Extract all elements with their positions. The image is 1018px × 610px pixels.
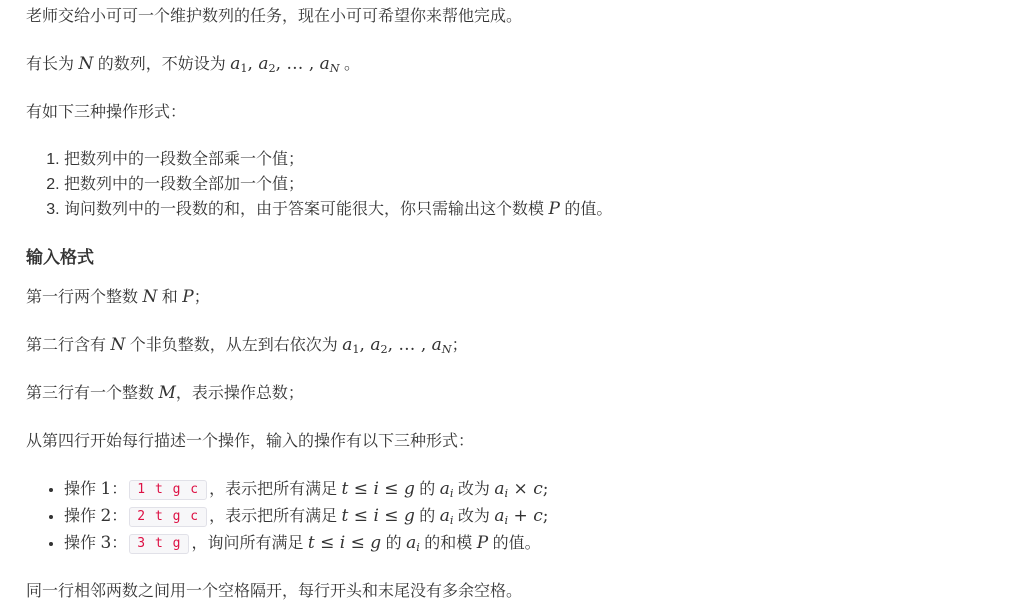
text-run: 第二行含有 (26, 337, 110, 354)
text-run: 的 (381, 535, 406, 552)
text-run: 有长为 (26, 56, 78, 73)
text-run: ； (194, 289, 210, 306)
math-subscripted-variable: ai (440, 506, 454, 526)
text-run: ： (111, 481, 127, 498)
section-heading-input-format: 输入格式 (26, 245, 992, 271)
math-variable: g (370, 533, 381, 553)
paragraph-footer-note: 同一行相邻两数之间用一个空格隔开，每行开头和末尾没有多余空格。 (26, 579, 992, 604)
math-symbol: 1 (100, 479, 111, 499)
math-symbol: ; (543, 506, 549, 526)
text-run: 操作 (64, 508, 100, 525)
text-run: 的数列，不妨设为 (93, 56, 230, 73)
inline-code: 1 t g c (129, 480, 207, 500)
paragraph-sequence-definition: 有长为 N 的数列，不妨设为 a1, a2, … , aN 。 (26, 52, 992, 77)
text-run: ： (111, 508, 127, 525)
text-run: 询问数列中的一段数的和，由于答案可能很大，你只需输出这个数模 (64, 201, 548, 218)
math-symbol: ≤ (379, 506, 404, 526)
operation-format-list: 操作 1：1 t g c，表示把所有满足 t ≤ i ≤ g 的 ai 改为 a… (26, 477, 992, 556)
math-variable: P (477, 533, 488, 553)
text-run: ： (111, 535, 127, 552)
inline-code: 3 t g (129, 534, 189, 554)
math-subscripted-variable: ai (494, 506, 508, 526)
math-symbol: ≤ (315, 533, 340, 553)
math-symbol: 3 (100, 533, 111, 553)
paragraph-input-line4: 从第四行开始每行描述一个操作，输入的操作有以下三种形式： (26, 429, 992, 454)
text-run: 把数列中的一段数全部乘一个值； (64, 151, 304, 168)
text-run: ，询问所有满足 (191, 535, 307, 552)
text-run: 和 (157, 289, 182, 306)
list-item-op-multiply: 把数列中的一段数全部乘一个值； (64, 148, 992, 172)
math-subscripted-variable: a1 (342, 335, 359, 355)
math-symbol: × (508, 479, 533, 499)
math-symbol: + (508, 506, 533, 526)
math-symbol: , … , (388, 335, 432, 355)
text-run: 改为 (453, 481, 494, 498)
paragraph-input-line3: 第三行有一个整数 M，表示操作总数； (26, 381, 992, 406)
paragraph-input-line2: 第二行含有 N 个非负整数，从左到右依次为 a1, a2, … , aN； (26, 333, 992, 358)
list-item-format-op2: 操作 2：2 t g c，表示把所有满足 t ≤ i ≤ g 的 ai 改为 a… (64, 504, 992, 529)
math-variable: g (404, 506, 415, 526)
math-variable: t (308, 533, 315, 553)
math-variable: c (533, 479, 543, 499)
paragraph-operations-intro: 有如下三种操作形式： (26, 100, 992, 125)
text-run: 同一行相邻两数之间用一个空格隔开，每行开头和末尾没有多余空格。 (26, 583, 522, 600)
problem-statement: 老师交给小可可一个维护数列的任务，现在小可可希望你来帮他完成。 有长为 N 的数… (0, 0, 1018, 610)
math-variable: P (182, 287, 193, 307)
list-item-format-op3: 操作 3：3 t g，询问所有满足 t ≤ i ≤ g 的 ai 的和模 P 的… (64, 531, 992, 556)
text-run: 。 (340, 56, 360, 73)
math-subscripted-variable: aN (320, 54, 340, 74)
paragraph-intro: 老师交给小可可一个维护数列的任务，现在小可可希望你来帮他完成。 (26, 4, 992, 29)
text-run: 的 (415, 481, 440, 498)
text-run: ，表示操作总数； (176, 385, 304, 402)
math-symbol: , (248, 54, 259, 74)
inline-code: 2 t g c (129, 507, 207, 527)
text-run: 第一行两个整数 (26, 289, 142, 306)
math-subscripted-variable: aN (432, 335, 452, 355)
text-run: 操作 (64, 481, 100, 498)
paragraph-input-line1: 第一行两个整数 N 和 P； (26, 285, 992, 310)
math-symbol: ≤ (345, 533, 370, 553)
math-variable: N (78, 54, 93, 74)
math-variable: N (110, 335, 125, 355)
text-run: ，表示把所有满足 (209, 508, 341, 525)
text-run: 个非负整数，从左到右依次为 (125, 337, 342, 354)
text-run: 的值。 (488, 535, 540, 552)
math-subscripted-variable: a2 (370, 335, 387, 355)
math-symbol: , (360, 335, 371, 355)
math-variable: c (533, 506, 543, 526)
math-symbol: ≤ (379, 479, 404, 499)
text-run: ，表示把所有满足 (209, 481, 341, 498)
math-variable: M (158, 383, 175, 403)
math-subscripted-variable: ai (440, 479, 454, 499)
text-run: 有如下三种操作形式： (26, 104, 186, 121)
list-item-op-add: 把数列中的一段数全部加一个值； (64, 173, 992, 197)
text-run: ； (452, 337, 468, 354)
list-item-op-query: 询问数列中的一段数的和，由于答案可能很大，你只需输出这个数模 P 的值。 (64, 198, 992, 222)
math-subscripted-variable: a1 (230, 54, 247, 74)
math-subscripted-variable: a2 (258, 54, 275, 74)
text-run: 从第四行开始每行描述一个操作，输入的操作有以下三种形式： (26, 433, 474, 450)
text-run: 第三行有一个整数 (26, 385, 158, 402)
operations-list: 把数列中的一段数全部乘一个值； 把数列中的一段数全部加一个值； 询问数列中的一段… (26, 148, 992, 222)
text-run: 老师交给小可可一个维护数列的任务，现在小可可希望你来帮他完成。 (26, 8, 522, 25)
math-symbol: ; (543, 479, 549, 499)
text-run: 把数列中的一段数全部加一个值； (64, 176, 304, 193)
math-variable: g (404, 479, 415, 499)
math-symbol: , … , (276, 54, 320, 74)
math-subscripted-variable: ai (494, 479, 508, 499)
math-variable: N (142, 287, 157, 307)
list-item-format-op1: 操作 1：1 t g c，表示把所有满足 t ≤ i ≤ g 的 ai 改为 a… (64, 477, 992, 502)
text-run: 的和模 (420, 535, 477, 552)
math-subscripted-variable: ai (406, 533, 420, 553)
math-variable: P (548, 199, 559, 219)
text-run: 的值。 (560, 201, 612, 218)
text-run: 改为 (453, 508, 494, 525)
math-symbol: ≤ (348, 479, 373, 499)
math-symbol: 2 (100, 506, 111, 526)
math-symbol: ≤ (348, 506, 373, 526)
text-run: 的 (415, 508, 440, 525)
text-run: 操作 (64, 535, 100, 552)
